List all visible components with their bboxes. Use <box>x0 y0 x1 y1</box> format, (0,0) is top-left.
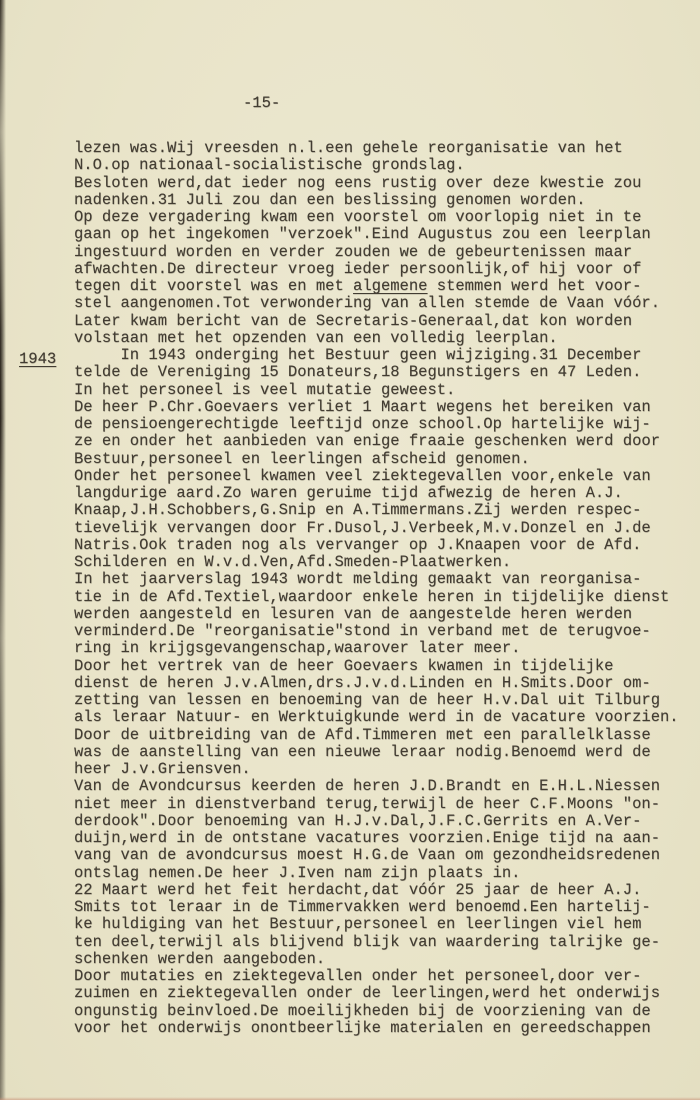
page-number: -15- <box>243 94 280 112</box>
text-segment: zetting van lessen en benoeming van de h… <box>74 691 660 709</box>
text-line: In het jaarverslag 1943 wordt melding ge… <box>74 571 679 588</box>
text-line: Smits tot leraar in de Timmervakken werd… <box>74 899 679 916</box>
text-segment: Door de uitbreiding van de Afd.Timmeren … <box>74 726 651 744</box>
text-segment: langdurige aard.Zo waren geruime tijd af… <box>74 484 623 502</box>
scanned-document-page: -15- 1943 lezen was.Wij vreesden n.l.een… <box>0 0 700 1100</box>
text-segment: Besloten werd,dat ieder nog eens rustig … <box>74 174 641 192</box>
text-segment: verminderd.De "reorganisatie"stond in ve… <box>74 622 651 640</box>
text-segment: Op deze vergadering kwam een voorstel om… <box>74 208 641 226</box>
text-line: Schilderen en W.v.d.Ven,Afd.Smeden-Plaat… <box>74 554 679 571</box>
text-segment: tegen dit voorstel was en met <box>74 277 353 295</box>
text-line: Onder het personeel kwamen veel ziektege… <box>74 468 679 485</box>
text-segment: Bestuur,personeel en leerlingen afscheid… <box>74 450 530 468</box>
text-line: Natris.Ook traden nog als vervanger op J… <box>74 537 679 554</box>
text-segment: volstaan met het opzenden van een volled… <box>74 329 558 347</box>
text-segment: Later kwam bericht van de Secretaris-Gen… <box>74 312 632 330</box>
text-line: ke huldiging van het Bestuur,personeel e… <box>74 916 679 933</box>
underlined-word: algemene <box>353 277 427 295</box>
text-line: N.O.op nationaal-socialistische grondsla… <box>74 157 679 174</box>
text-line: ze en onder het aanbieden van enige fraa… <box>74 433 679 450</box>
text-line: Bestuur,personeel en leerlingen afscheid… <box>74 451 679 468</box>
text-segment: 22 Maart werd het feit herdacht,dat vóór… <box>74 881 641 899</box>
text-segment: tievelijk vervangen door Fr.Dusol,J.Verb… <box>74 519 651 537</box>
text-line: ingestuurd worden en verder zouden we de… <box>74 244 679 261</box>
text-line: In 1943 onderging het Bestuur geen wijzi… <box>74 347 679 364</box>
text-segment: ring in krijgsgevangenschap,waarover lat… <box>74 639 520 657</box>
text-segment: dienst de heren J.v.Almen,drs.J.v.d.Lind… <box>74 674 651 692</box>
text-line: telde de Vereniging 15 Donateurs,18 Begu… <box>74 364 679 381</box>
text-line: zetting van lessen en benoeming van de h… <box>74 692 679 709</box>
text-segment: Van de Avondcursus keerden de heren J.D.… <box>74 777 660 795</box>
text-segment: Schilderen en W.v.d.Ven,Afd.Smeden-Plaat… <box>74 553 511 571</box>
text-block: lezen was.Wij vreesden n.l.een gehele re… <box>74 140 679 1037</box>
text-line: Door de uitbreiding van de Afd.Timmeren … <box>74 727 679 744</box>
text-segment: Smits tot leraar in de Timmervakken werd… <box>74 898 651 916</box>
text-line: duijn,werd in de ontstane vacatures voor… <box>74 830 679 847</box>
text-line: werden aangesteld en lesuren van de aang… <box>74 606 679 623</box>
text-line: stel aangenomen.Tot verwondering van all… <box>74 295 679 312</box>
margin-note-year: 1943 <box>19 350 56 368</box>
text-segment: afwachten.De directeur vroeg ieder perso… <box>74 260 641 278</box>
text-segment: derdook".Door benoeming van H.J.v.Dal,J.… <box>74 812 641 830</box>
text-segment: schenken werden aangeboden. <box>74 950 325 968</box>
text-line: Door mutaties en ziektegevallen onder he… <box>74 968 679 985</box>
text-segment: In het jaarverslag 1943 wordt melding ge… <box>74 570 641 588</box>
text-segment: ten deel,terwijl als blijvend blijk van … <box>74 933 660 951</box>
text-segment: telde de Vereniging 15 Donateurs,18 Begu… <box>74 363 641 381</box>
text-segment: Onder het personeel kwamen veel ziektege… <box>74 467 651 485</box>
text-line: ten deel,terwijl als blijvend blijk van … <box>74 934 679 951</box>
text-line: heer J.v.Griensven. <box>74 761 679 778</box>
text-segment: gaan op het ingekomen "verzoek".Eind Aug… <box>74 225 651 243</box>
text-segment: als leraar Natuur- en Werktuigkunde werd… <box>74 708 679 726</box>
text-segment: tie in de Afd.Textiel,waardoor enkele he… <box>74 588 669 606</box>
text-segment: In het personeel is veel mutatie geweest… <box>74 381 455 399</box>
text-line: tie in de Afd.Textiel,waardoor enkele he… <box>74 589 679 606</box>
text-segment: ongunstig beinvloed.De moeilijkheden bij… <box>74 1002 651 1020</box>
text-line: lezen was.Wij vreesden n.l.een gehele re… <box>74 140 679 157</box>
text-segment: Door mutaties en ziektegevallen onder he… <box>74 967 641 985</box>
text-segment: stemmen werd het voor- <box>427 277 641 295</box>
text-line: Van de Avondcursus keerden de heren J.D.… <box>74 778 679 795</box>
text-segment: Door het vertrek van de heer Goevaers kw… <box>74 657 614 675</box>
text-segment: ke huldiging van het Bestuur,personeel e… <box>74 915 641 933</box>
text-line: tievelijk vervangen door Fr.Dusol,J.Verb… <box>74 520 679 537</box>
text-segment: heer J.v.Griensven. <box>74 760 251 778</box>
text-line: 22 Maart werd het feit herdacht,dat vóór… <box>74 882 679 899</box>
text-line: was de aanstelling van een nieuwe leraar… <box>74 744 679 761</box>
text-segment: niet meer in dienstverband terug,terwijl… <box>74 795 660 813</box>
text-segment: werden aangesteld en lesuren van de aang… <box>74 605 632 623</box>
text-line: langdurige aard.Zo waren geruime tijd af… <box>74 485 679 502</box>
text-line: nadenken.31 Juli zou dan een beslissing … <box>74 192 679 209</box>
text-segment: Natris.Ook traden nog als vervanger op J… <box>74 536 641 554</box>
text-line: de pensioengerechtigde leeftijd onze sch… <box>74 416 679 433</box>
text-line: verminderd.De "reorganisatie"stond in ve… <box>74 623 679 640</box>
text-line: tegen dit voorstel was en met algemene s… <box>74 278 679 295</box>
text-line: dienst de heren J.v.Almen,drs.J.v.d.Lind… <box>74 675 679 692</box>
text-line: Op deze vergadering kwam een voorstel om… <box>74 209 679 226</box>
text-segment: ontslag nemen.De heer J.Iven nam zijn pl… <box>74 864 520 882</box>
text-segment: ingestuurd worden en verder zouden we de… <box>74 243 632 261</box>
text-line: voor het onderwijs onontbeerlijke materi… <box>74 1020 679 1037</box>
text-segment: Knaap,J.H.Schobbers,G.Snip en A.Timmerma… <box>74 501 641 519</box>
text-segment: voor het onderwijs onontbeerlijke materi… <box>74 1019 651 1037</box>
text-line: Knaap,J.H.Schobbers,G.Snip en A.Timmerma… <box>74 502 679 519</box>
text-line: zuimen en ziektegevallen onder de leerli… <box>74 985 679 1002</box>
text-segment: stel aangenomen.Tot verwondering van all… <box>74 294 660 312</box>
text-line: De heer P.Chr.Goevaers verliet 1 Maart w… <box>74 399 679 416</box>
text-line: ontslag nemen.De heer J.Iven nam zijn pl… <box>74 865 679 882</box>
text-segment: nadenken.31 Juli zou dan een beslissing … <box>74 191 586 209</box>
scan-left-edge-shadow <box>0 0 6 1100</box>
text-segment: de pensioengerechtigde leeftijd onze sch… <box>74 415 651 433</box>
text-line: In het personeel is veel mutatie geweest… <box>74 382 679 399</box>
text-segment: duijn,werd in de ontstane vacatures voor… <box>74 829 660 847</box>
text-line: Besloten werd,dat ieder nog eens rustig … <box>74 175 679 192</box>
text-segment: was de aanstelling van een nieuwe leraar… <box>74 743 651 761</box>
text-segment: zuimen en ziektegevallen onder de leerli… <box>74 984 660 1002</box>
text-segment: De heer P.Chr.Goevaers verliet 1 Maart w… <box>74 398 651 416</box>
text-segment: vang van de avondcursus moest H.G.de Vaa… <box>74 846 660 864</box>
text-line: volstaan met het opzenden van een volled… <box>74 330 679 347</box>
text-segment: In 1943 onderging het Bestuur geen wijzi… <box>74 346 641 364</box>
text-line: als leraar Natuur- en Werktuigkunde werd… <box>74 709 679 726</box>
text-line: schenken werden aangeboden. <box>74 951 679 968</box>
text-line: ongunstig beinvloed.De moeilijkheden bij… <box>74 1003 679 1020</box>
text-line: Door het vertrek van de heer Goevaers kw… <box>74 658 679 675</box>
text-line: vang van de avondcursus moest H.G.de Vaa… <box>74 847 679 864</box>
text-line: afwachten.De directeur vroeg ieder perso… <box>74 261 679 278</box>
text-line: ring in krijgsgevangenschap,waarover lat… <box>74 640 679 657</box>
text-segment: lezen was.Wij vreesden n.l.een gehele re… <box>74 139 623 157</box>
text-segment: ze en onder het aanbieden van enige fraa… <box>74 432 660 450</box>
text-line: gaan op het ingekomen "verzoek".Eind Aug… <box>74 226 679 243</box>
text-line: niet meer in dienstverband terug,terwijl… <box>74 796 679 813</box>
text-line: derdook".Door benoeming van H.J.v.Dal,J.… <box>74 813 679 830</box>
text-segment: N.O.op nationaal-socialistische grondsla… <box>74 156 465 174</box>
text-line: Later kwam bericht van de Secretaris-Gen… <box>74 313 679 330</box>
